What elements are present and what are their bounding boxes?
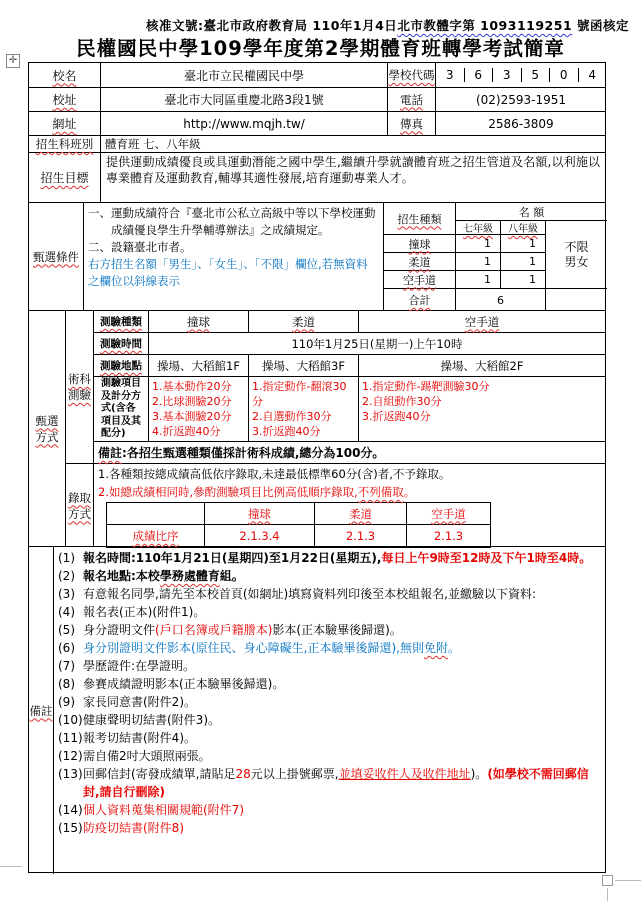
- address-label: 校址: [29, 88, 101, 111]
- code-digit: 3: [492, 68, 521, 82]
- quota-row-judo: 柔道: [384, 253, 456, 271]
- criteria-clause-2: 二、設籍臺北市者。: [88, 239, 379, 256]
- row-selection-criteria: 甄選條件 一、運動成績符合『臺北市公私立高級中等以下學校運動成績優良學生升學輔導…: [29, 203, 605, 311]
- practical-test-section: 術科測驗 測驗種類 撞球 柔道 空手道 測驗時間 110年1月25日(星期一)上…: [66, 311, 605, 464]
- ranking-header-judo: 柔道: [315, 503, 407, 524]
- criteria-blue-note: 右方招生名額「男生」、「女生」、「不限」欄位,若無資料之欄位以斜線表示: [88, 256, 379, 290]
- practical-note: 備註:各招生甄選種類僅採計術科成績,總分為100分。: [94, 442, 605, 463]
- admission-rule-1: 1.各種類按總成績高低依序錄取,未達最低標準60分(含)者,不予錄取。: [98, 465, 601, 483]
- remarks-label: 備註: [29, 547, 54, 874]
- code-digit: 3: [436, 68, 464, 82]
- selection-criteria-label: 甄選條件: [29, 203, 84, 310]
- practical-test-label: 術科測驗: [66, 311, 94, 463]
- test-type-karate: 空手道: [359, 311, 605, 332]
- table-resize-handle-icon[interactable]: [602, 875, 613, 886]
- remark-item: (11)報考切結書(附件4)。: [57, 729, 602, 747]
- test-location-row: 測驗地點 操場、大稻館1F 操場、大稻館3F 操場、大稻館2F: [94, 355, 605, 377]
- recruit-goal-text: 提供運動成績優良或具運動潛能之國中學生,繼續升學就讀體育班之招生管道及名額,以利…: [101, 153, 605, 202]
- recruit-goal-label: 招生目標: [29, 153, 101, 202]
- admission-label: 錄取方式: [66, 464, 94, 547]
- quota-value: 1: [456, 271, 501, 289]
- row-selection-method: 甄選方式 術科測驗 測驗種類 撞球 柔道 空手道: [29, 311, 605, 547]
- quota-header: 名 額: [456, 203, 607, 221]
- remark-item: (8)參賽成績證明影本(正本驗畢後歸還)。: [57, 675, 602, 693]
- ranking-value-karate: 2.1.3: [407, 525, 490, 547]
- admission-section: 錄取方式 1.各種類按總成績高低依序錄取,未達最低標準60分(含)者,不予錄取。…: [66, 464, 605, 547]
- quota-value: 1: [501, 235, 546, 253]
- ranking-row-label: 成績比序: [107, 525, 205, 547]
- school-code-digits: 3 6 3 5 0 4: [436, 63, 606, 87]
- ranking-corner-cell: [107, 503, 205, 524]
- code-digit: 5: [521, 68, 550, 82]
- main-table: 校名 臺北市立民權國民中學 學校代碼 3 6 3 5 0 4 校址 臺北市大同區…: [28, 62, 606, 873]
- remark-item: (14)個人資料蒐集相關規範(附件7): [57, 801, 602, 819]
- fax-label: 傳真: [388, 112, 436, 135]
- code-digit: 6: [464, 68, 493, 82]
- school-name-value: 臺北市立民權國民中學: [101, 63, 388, 87]
- school-name-label: 校名: [29, 63, 101, 87]
- address-value: 臺北市大同區重慶北路3段1號: [101, 88, 388, 111]
- test-time-value: 110年1月25日(星期一)上午10時: [149, 333, 605, 354]
- test-location-label: 測驗地點: [94, 355, 149, 376]
- test-time-row: 測驗時間 110年1月25日(星期一)上午10時: [94, 333, 605, 355]
- row-class-category: 招生科班別 體育班 七、八年級: [29, 136, 605, 153]
- admission-rule-2: 2.如總成績相同時,參酌測驗項目比例高低順序錄取,不列備取。: [98, 483, 601, 501]
- website-label: 網址: [29, 112, 101, 135]
- quota-value: 1: [456, 235, 501, 253]
- code-digit: 0: [549, 68, 578, 82]
- quota-value: 1: [501, 253, 546, 271]
- ranking-value-judo: 2.1.3: [315, 525, 407, 547]
- quota-value: 1: [456, 253, 501, 271]
- test-time-label: 測驗時間: [94, 333, 149, 354]
- fax-value: 2586-3809: [436, 112, 606, 135]
- remark-item: (13)回郵信封(寄發成績單,請貼足28元以上掛號郵票,並填妥收件人及收件地址)…: [57, 765, 602, 801]
- selection-method-label: 甄選方式: [29, 311, 66, 546]
- quota-total-empty-cell: [546, 289, 607, 311]
- row-recruit-goal: 招生目標 提供運動成績優良或具運動潛能之國中學生,繼續升學就讀體育班之招生管道及…: [29, 153, 605, 203]
- selection-criteria-text: 一、運動成績符合『臺北市公私立高級中等以下學校運動成績優良學生升學輔導辦法』之成…: [84, 203, 384, 310]
- test-location-karate: 操場、大稻館2F: [359, 355, 605, 376]
- test-location-billiards: 操場、大稻館1F: [149, 355, 249, 376]
- test-items-label: 測驗項目 及計分方 式(含各 項目及其 配分): [94, 377, 149, 441]
- document-page: 核准文號:臺北市政府教育局 110年1月4日北市教體字第 1093119251 …: [0, 0, 641, 901]
- ranking-table: 撞球 柔道 空手道 成績比序 2.1.3.4 2.1.3 2.1.3: [106, 502, 491, 548]
- quota-type-header: 招生種類: [384, 203, 456, 235]
- remark-item: (7)學歷證件:在學證明。: [57, 657, 602, 675]
- margin-guide-line: [607, 888, 608, 901]
- phone-value: (02)2593-1951: [436, 88, 606, 111]
- remarks-list: (1)報名時間:110年1月21日(星期四)至1月22日(星期五),每日上午9時…: [54, 547, 605, 874]
- test-type-label: 測驗種類: [94, 311, 149, 332]
- quota-value: 1: [501, 271, 546, 289]
- test-items-billiards: 1.基本動作20分 2.比球測驗20分 3.基本測驗20分 4.折返跑40分: [149, 377, 249, 441]
- test-type-judo: 柔道: [249, 311, 359, 332]
- row-school-address: 校址 臺北市大同區重慶北路3段1號 電話 (02)2593-1951: [29, 88, 605, 112]
- quota-row-karate: 空手道: [384, 271, 456, 289]
- class-category-label: 招生科班別: [29, 136, 101, 152]
- test-type-billiards: 撞球: [149, 311, 249, 332]
- remark-item: (10)健康聲明切結書(附件3)。: [57, 711, 602, 729]
- ranking-header-karate: 空手道: [407, 503, 490, 524]
- quota-table: 招生種類 名 額 七年級 八年級 不限男女 撞球 1 1 柔道 1 1 空手道 …: [384, 203, 607, 310]
- remark-item: (1)報名時間:110年1月21日(星期四)至1月22日(星期五),每日上午9時…: [57, 549, 602, 567]
- test-items-karate: 1.指定動作-踢靶測驗30分 2.自組動作30分 3.折返跑40分: [359, 377, 605, 441]
- ranking-header-billiards: 撞球: [205, 503, 315, 524]
- row-school-website: 網址 http://www.mqjh.tw/ 傳真 2586-3809: [29, 112, 605, 136]
- test-type-row: 測驗種類 撞球 柔道 空手道: [94, 311, 605, 333]
- remark-item: (12)需自備2吋大頭照兩張。: [57, 747, 602, 765]
- document-title: 民權國民中學109學年度第2學期體育班轉學考試簡章: [0, 33, 641, 61]
- remark-item: (4)報名表(正本)(附件1)。: [57, 603, 602, 621]
- remark-item: (3)有意報名同學,請先至本校首頁(如網址)填寫資料列印後至本校組報名,並繳驗以…: [57, 585, 602, 603]
- school-code-label: 學校代碼: [388, 63, 436, 87]
- remark-item: (9)家長同意書(附件2)。: [57, 693, 602, 711]
- criteria-clause-1: 一、運動成績符合『臺北市公私立高級中等以下學校運動成績優良學生升學輔導辦法』之成…: [88, 205, 379, 239]
- test-location-judo: 操場、大稻館3F: [249, 355, 359, 376]
- row-school-name: 校名 臺北市立民權國民中學 學校代碼 3 6 3 5 0 4: [29, 63, 605, 88]
- row-remarks: 備註 (1)報名時間:110年1月21日(星期四)至1月22日(星期五),每日上…: [29, 547, 605, 874]
- quota-total-label: 合計: [384, 289, 456, 311]
- grade8-header: 八年級: [501, 221, 546, 235]
- approval-number-line: 核准文號:臺北市政府教育局 110年1月4日北市教體字第 1093119251 …: [0, 16, 629, 34]
- margin-guide-line: [0, 866, 22, 867]
- margin-guide-line: [615, 880, 641, 881]
- class-category-value: 體育班 七、八年級: [101, 136, 605, 152]
- remark-item: (2)報名地點:本校學務處體育組。: [57, 567, 602, 585]
- phone-label: 電話: [388, 88, 436, 111]
- test-items-row: 測驗項目 及計分方 式(含各 項目及其 配分) 1.基本動作20分 2.比球測驗…: [94, 377, 605, 442]
- quota-unlimited-cell: 不限男女: [546, 221, 607, 289]
- ranking-value-billiards: 2.1.3.4: [205, 525, 315, 547]
- remark-item: (5)身分證明文件(戶口名簿或戶籍謄本)影本(正本驗畢後歸還)。: [57, 621, 602, 639]
- remark-item: (15)防疫切結書(附件8): [57, 819, 602, 837]
- test-items-judo: 1.指定動作-翻滾30分 2.自選動作30分 3.折返跑40分: [249, 377, 359, 441]
- grade7-header: 七年級: [456, 221, 501, 235]
- quota-row-billiards: 撞球: [384, 235, 456, 253]
- website-url: http://www.mqjh.tw/: [101, 112, 388, 135]
- table-move-handle-icon[interactable]: ✛: [6, 54, 20, 68]
- code-digit: 4: [578, 68, 607, 82]
- remark-item: (6)身分別證明文件影本(原住民、身心障礙生,正本驗畢後歸還),無則免附。: [57, 639, 602, 657]
- quota-total-value: 6: [456, 289, 546, 311]
